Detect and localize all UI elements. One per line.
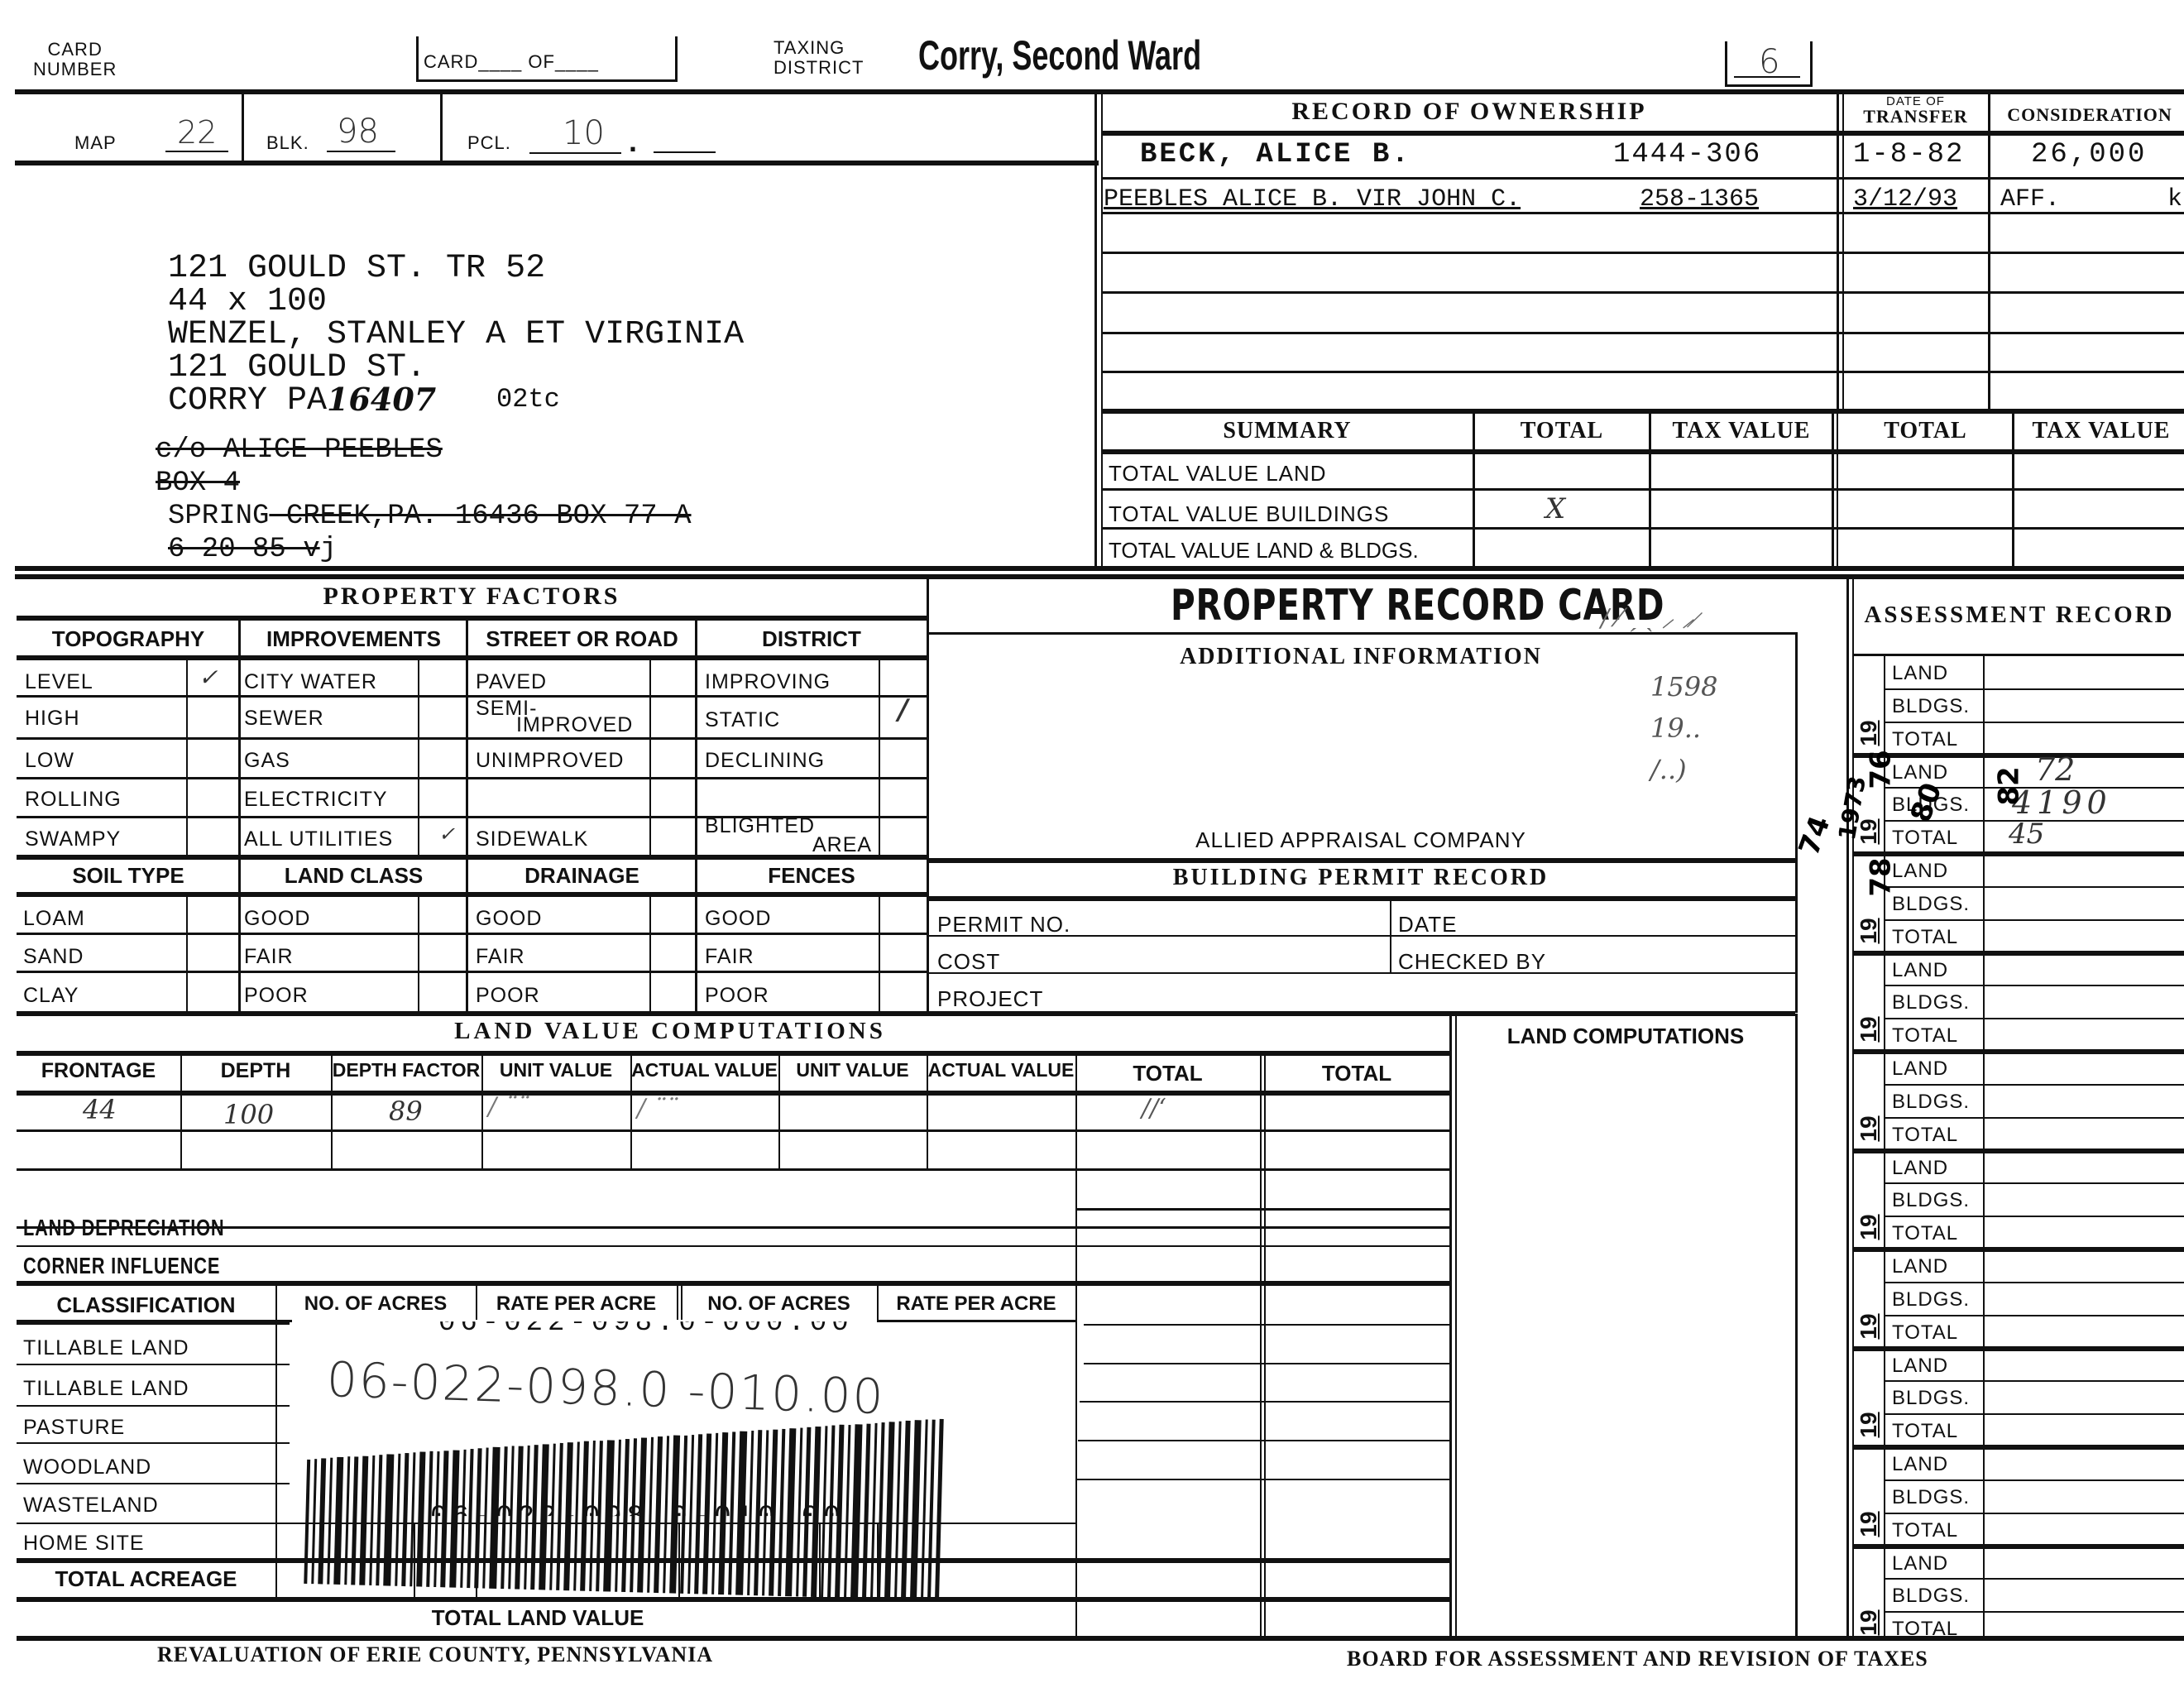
class-row-1 bbox=[17, 1364, 292, 1365]
corner-influence-label: CORNER INFLUENCE bbox=[23, 1253, 220, 1279]
total-land-value-label: TOTAL LAND VALUE bbox=[331, 1605, 745, 1631]
assessment-hand-bldgs: 4190 bbox=[2012, 784, 2112, 821]
land-class-good: GOOD bbox=[244, 907, 310, 931]
record-card-title-line bbox=[927, 632, 1795, 635]
barcode-bar bbox=[395, 1454, 400, 1586]
box-number: 6 bbox=[1725, 41, 1813, 87]
pcl-suffix-line bbox=[654, 151, 716, 153]
pf-col-2 bbox=[466, 617, 468, 1013]
barcode-bar bbox=[901, 1421, 911, 1599]
assessment-row-line bbox=[1884, 1611, 2184, 1613]
class-header-acres-1: NO. OF ACRES bbox=[275, 1292, 476, 1316]
barcode-bar bbox=[416, 1451, 425, 1586]
barcode-bars bbox=[304, 1403, 947, 1600]
land-computations-title: LAND COMPUTATIONS bbox=[1456, 1024, 1795, 1049]
owner-row-4-line bbox=[1102, 291, 2184, 294]
assessment-row-line bbox=[1884, 1282, 2184, 1283]
impr-electricity: ELECTRICITY bbox=[244, 788, 388, 812]
class-row-2 bbox=[17, 1405, 292, 1407]
permit-title-line bbox=[927, 896, 1795, 901]
card-of-box: CARD____ OF____ bbox=[416, 36, 678, 82]
lvc-top-line bbox=[17, 1011, 1795, 1016]
assessment-row-label: BLDGS. bbox=[1892, 1585, 1970, 1608]
assessment-row-line bbox=[1884, 722, 2184, 723]
footer-left: REVALUATION OF ERIE COUNTY, PENNSYLVANIA bbox=[157, 1642, 713, 1667]
assessment-row-line bbox=[1884, 1315, 2184, 1316]
assessment-title-line bbox=[1853, 654, 2184, 656]
property-factors-title: PROPERTY FACTORS bbox=[17, 583, 927, 611]
owner-row-1-line bbox=[1102, 177, 2184, 180]
pf-section-line bbox=[17, 855, 927, 860]
barcode-bar bbox=[580, 1441, 589, 1591]
impr-all-utilities-check: ✓ bbox=[438, 822, 455, 846]
barcode-bar bbox=[850, 1424, 862, 1598]
stamp-78: 78 bbox=[1865, 857, 1898, 896]
owner-row-6-line bbox=[1102, 371, 2184, 373]
barcode-bar bbox=[449, 1451, 459, 1588]
owner-row-2-extra: k bbox=[2167, 185, 2182, 213]
barcode-bar bbox=[870, 1423, 878, 1599]
assessment-row-line bbox=[1884, 886, 2184, 888]
pf-row-3 bbox=[17, 777, 927, 779]
assessment-row-label: BLDGS. bbox=[1892, 695, 1970, 718]
assessment-year-prefix: 19 bbox=[1856, 1015, 1882, 1043]
impr-sewer: SEWER bbox=[244, 707, 324, 731]
map-value: 22 bbox=[165, 114, 228, 152]
barcode-bar bbox=[482, 1448, 488, 1589]
pf-header2-line bbox=[17, 892, 927, 897]
barcode-bar bbox=[460, 1450, 466, 1588]
barcode-bar bbox=[549, 1444, 556, 1590]
pcl-value: 10 bbox=[529, 114, 621, 154]
allied-appraisal: ALLIED APPRAISAL COMPANY bbox=[927, 827, 1795, 853]
owner-row-1-consideration: 26,000 bbox=[2031, 139, 2147, 170]
summary-header-tax-1: TAX VALUE bbox=[1651, 418, 1832, 444]
summary-header-summary: SUMMARY bbox=[1102, 418, 1473, 444]
owner-row-1-date: 1-8-82 bbox=[1853, 139, 1964, 170]
class-woodland: WOODLAND bbox=[23, 1455, 151, 1479]
barcode-bar bbox=[318, 1458, 326, 1584]
assessment-row-label: LAND bbox=[1892, 1355, 1948, 1378]
assessment-row-line bbox=[1884, 1479, 2184, 1481]
assessment-row-label: LAND bbox=[1892, 959, 1948, 982]
assessment-block-line bbox=[1853, 1049, 2184, 1054]
lvc-col-7 bbox=[1075, 1053, 1077, 1640]
assessment-row-line bbox=[1884, 1117, 2184, 1119]
barcode-bar bbox=[515, 1446, 524, 1590]
lvc-row-1 bbox=[17, 1129, 1452, 1132]
assessment-row-line bbox=[1884, 1018, 2184, 1019]
class-tillable-1: TILLABLE LAND bbox=[23, 1336, 189, 1360]
pf-header-drainage: DRAINAGE bbox=[467, 863, 697, 889]
permit-checked-label: CHECKED BY bbox=[1398, 949, 1546, 975]
lvc-row-4 bbox=[17, 1226, 1452, 1229]
pf-row-1 bbox=[17, 695, 927, 698]
class-row-7 bbox=[17, 1597, 1452, 1602]
assessment-row-label: TOTAL bbox=[1892, 1124, 1958, 1147]
district-static: STATIC bbox=[705, 708, 780, 732]
assessment-row-label: LAND bbox=[1892, 1157, 1948, 1180]
lvc-depth-value: 100 bbox=[223, 1099, 274, 1130]
street-unimproved: UNIMPROVED bbox=[476, 749, 624, 773]
assessment-row-label: TOTAL bbox=[1892, 728, 1958, 751]
total-acreage-label: TOTAL ACREAGE bbox=[17, 1566, 275, 1592]
lvc-right-row-3 bbox=[1080, 1401, 1452, 1403]
barcode-bar bbox=[910, 1420, 922, 1599]
assessment-row-line bbox=[1884, 1380, 2184, 1382]
barcode-bar bbox=[530, 1445, 539, 1590]
parcel-divider-1 bbox=[242, 91, 244, 162]
class-wasteland: WASTELAND bbox=[23, 1494, 159, 1518]
consideration-label: CONSIDERATION bbox=[1990, 104, 2184, 126]
record-card-title: PROPERTY RECORD CARD bbox=[1171, 581, 1664, 631]
owner-row-2-deed: 258-1365 bbox=[1640, 185, 1759, 213]
stamp-82: 82 bbox=[1993, 766, 2026, 805]
assessment-row-label: BLDGS. bbox=[1892, 1387, 1970, 1410]
owner-row-1-name: BECK, ALICE B. bbox=[1140, 139, 1411, 170]
barcode-bar bbox=[426, 1451, 433, 1587]
soil-check-2 bbox=[418, 894, 419, 1012]
permit-row-2 bbox=[927, 972, 1795, 974]
barcode-bar bbox=[921, 1419, 928, 1599]
parcel-divider-bottom bbox=[15, 161, 1099, 165]
address-line-2: 44 x 100 bbox=[168, 283, 327, 320]
assessment-row-label: LAND bbox=[1892, 1552, 1948, 1575]
pf-header-land-class: LAND CLASS bbox=[240, 863, 467, 889]
barcode-bar bbox=[311, 1459, 317, 1584]
lvc-row-5 bbox=[17, 1245, 1452, 1247]
barcode-bar bbox=[862, 1424, 871, 1599]
land-class-fair: FAIR bbox=[244, 945, 294, 969]
assessment-row-line bbox=[1884, 919, 2184, 921]
ownership-left-border-1 bbox=[1094, 91, 1097, 569]
assessment-year-prefix: 19 bbox=[1856, 719, 1882, 747]
assessment-block-line bbox=[1853, 753, 2184, 758]
class-header-rate-2: RATE PER ACRE bbox=[877, 1292, 1075, 1316]
pf-header-line bbox=[17, 655, 927, 660]
middle-divider-2 bbox=[15, 574, 2184, 579]
record-card-signature: ∕ ⁄ ˏ ˎ ⸝ ⸝ ̷ bbox=[1601, 600, 1702, 634]
street-paved: PAVED bbox=[476, 670, 547, 694]
barcode-bar bbox=[596, 1441, 603, 1591]
impr-gas: GAS bbox=[244, 749, 290, 773]
barcode-bar bbox=[508, 1446, 515, 1589]
lvc-total-value: //‘ bbox=[1142, 1094, 1166, 1123]
class-header-rate-1: RATE PER ACRE bbox=[476, 1292, 677, 1316]
fences-fair: FAIR bbox=[705, 945, 754, 969]
class-col-1 bbox=[275, 1283, 277, 1597]
district-static-check: / bbox=[898, 693, 908, 727]
additional-info-handwriting: 159819../..) bbox=[1650, 666, 1717, 790]
soil-check-4 bbox=[879, 894, 880, 1012]
drainage-fair: FAIR bbox=[476, 945, 525, 969]
assessment-row-label: BLDGS. bbox=[1892, 1091, 1970, 1114]
barcode-bar bbox=[489, 1447, 500, 1589]
assessment-row-label: BLDGS. bbox=[1892, 1486, 1970, 1509]
address-code: 02tc bbox=[496, 384, 560, 415]
assessment-left-border-2 bbox=[1852, 577, 1854, 1640]
soil-sand: SAND bbox=[23, 945, 84, 969]
lvc-header-unit-value-2: UNIT VALUE bbox=[778, 1059, 927, 1081]
footer-right: BOARD FOR ASSESSMENT AND REVISION OF TAX… bbox=[1347, 1647, 1928, 1671]
spring-creek-prefix: SPRING bbox=[168, 501, 269, 532]
transfer-label: TRANSFER bbox=[1843, 106, 1988, 127]
topo-level-check: ✓ bbox=[199, 664, 218, 691]
pf-header-fences: FENCES bbox=[697, 863, 927, 889]
lvc-header-actual-value-2: ACTUAL VALUE bbox=[927, 1059, 1075, 1081]
class-header-classification: CLASSIFICATION bbox=[17, 1292, 275, 1318]
date-line: 6-20-85 vj bbox=[168, 534, 337, 565]
barcode-bar bbox=[409, 1452, 415, 1586]
barcode-bar bbox=[563, 1442, 573, 1590]
card-of-label: CARD____ OF____ bbox=[424, 51, 599, 73]
soil-check-1 bbox=[186, 894, 188, 1012]
class-pasture: PASTURE bbox=[23, 1416, 125, 1440]
lvc-class-top bbox=[17, 1281, 1452, 1286]
taxing-district-label: TAXING DISTRICT bbox=[773, 38, 864, 78]
barcode-bar bbox=[524, 1446, 530, 1590]
summary-header-total-1: TOTAL bbox=[1475, 418, 1649, 444]
pf-title-line bbox=[17, 616, 927, 621]
soil-clay: CLAY bbox=[23, 984, 79, 1008]
lvc-unit-value: / ¨¨ bbox=[488, 1092, 529, 1121]
bottom-line bbox=[17, 1636, 2184, 1641]
barcode-bar bbox=[573, 1441, 580, 1590]
struck-line-box: BOX 4 bbox=[156, 468, 240, 499]
barcode-bar bbox=[333, 1457, 343, 1585]
summary-row-2-line bbox=[1102, 527, 2184, 530]
assessment-row-label: LAND bbox=[1892, 1453, 1948, 1476]
assessment-row-label: BLDGS. bbox=[1892, 893, 1970, 916]
assessment-row-label: LAND bbox=[1892, 1255, 1948, 1278]
assessment-year-prefix: 19 bbox=[1856, 1213, 1882, 1241]
land-depreciation-label: LAND DEPRECIATION bbox=[23, 1215, 224, 1241]
lvc-title-line bbox=[17, 1051, 1452, 1056]
barcode-bar bbox=[474, 1448, 481, 1588]
barcode-bar bbox=[927, 1420, 936, 1600]
assessment-block-line bbox=[1853, 1346, 2184, 1351]
pf-right-border bbox=[927, 577, 929, 1014]
barcode-bar bbox=[877, 1422, 885, 1599]
pf-header-street: STREET OR ROAD bbox=[467, 626, 697, 652]
lvc-header-depth-factor: DEPTH FACTOR bbox=[331, 1059, 481, 1081]
assessment-year-prefix: 19 bbox=[1856, 1609, 1882, 1637]
lvc-header-total-1: TOTAL bbox=[1075, 1061, 1260, 1086]
class-header-line bbox=[17, 1320, 292, 1325]
barcode-bar bbox=[884, 1422, 895, 1599]
blk-label: BLK. bbox=[266, 132, 309, 154]
pf-header-soil: SOIL TYPE bbox=[17, 863, 240, 889]
assessment-row-line bbox=[1884, 1182, 2184, 1184]
lvc-title: LAND VALUE COMPUTATIONS bbox=[0, 1018, 1390, 1045]
class-row-4 bbox=[17, 1483, 292, 1484]
address-line-5: CORRY PA. bbox=[168, 382, 347, 420]
assessment-row-label: BLDGS. bbox=[1892, 1189, 1970, 1212]
lvc-actual-value: / ¨¨ bbox=[637, 1094, 678, 1123]
spring-creek-line: SPRING CREEK,PA. 16436 BOX 77 A bbox=[168, 501, 692, 532]
owner-row-2-line bbox=[1102, 212, 2184, 214]
map-label: MAP bbox=[74, 132, 117, 154]
drainage-poor: POOR bbox=[476, 984, 540, 1008]
assessment-row-line bbox=[1884, 1084, 2184, 1086]
assessment-row-label: TOTAL bbox=[1892, 926, 1958, 949]
lvc-header-frontage: FRONTAGE bbox=[17, 1059, 180, 1083]
class-home-site: HOME SITE bbox=[23, 1532, 145, 1556]
impr-all-utilities: ALL UTILITIES bbox=[244, 827, 393, 851]
lvc-right-border-2 bbox=[1455, 1014, 1457, 1640]
pcl-suffix: . bbox=[629, 124, 638, 159]
permit-no-label: PERMIT NO. bbox=[937, 912, 1070, 938]
class-tillable-2: TILLABLE LAND bbox=[23, 1377, 189, 1401]
assessment-title: ASSESSMENT RECORD bbox=[1855, 602, 2184, 629]
lvc-depth-factor-value: 89 bbox=[389, 1096, 423, 1127]
summary-header-line bbox=[1102, 449, 2184, 454]
assessment-block-line bbox=[1853, 1149, 2184, 1153]
assessment-hand-land: 72 bbox=[2035, 751, 2075, 788]
assessment-row-line bbox=[1884, 1413, 2184, 1415]
pf-col-1 bbox=[238, 617, 241, 1013]
topo-level: LEVEL bbox=[25, 670, 93, 694]
permit-row-1 bbox=[927, 935, 1795, 937]
land-class-poor: POOR bbox=[244, 984, 309, 1008]
owner-row-5-line bbox=[1102, 332, 2184, 334]
owner-row-2-date: 3/12/93 bbox=[1853, 185, 1957, 213]
additional-info-bottom bbox=[927, 858, 1795, 863]
barcode-bar bbox=[935, 1419, 944, 1600]
landcomp-right-border bbox=[1795, 1014, 1798, 1640]
barcode-bar bbox=[383, 1454, 394, 1585]
barcode-bar bbox=[369, 1455, 375, 1585]
assessment-row-label: TOTAL bbox=[1892, 1222, 1958, 1245]
card-label-line2: NUMBER bbox=[33, 60, 117, 79]
class-row-3 bbox=[17, 1442, 292, 1444]
lvc-right-row-1 bbox=[1084, 1324, 1452, 1326]
permit-title: BUILDING PERMIT RECORD bbox=[927, 865, 1795, 891]
owner-row-2-consideration: AFF. bbox=[2000, 185, 2060, 213]
assessment-left-border-1 bbox=[1846, 577, 1849, 1640]
assessment-row-line bbox=[1884, 1216, 2184, 1217]
barcode-bar bbox=[500, 1446, 508, 1589]
topo-low: LOW bbox=[25, 749, 74, 773]
assessment-block-line bbox=[1853, 951, 2184, 956]
zip-handwritten: 16407 bbox=[327, 381, 436, 418]
owner-row-1-deed: 1444-306 bbox=[1613, 139, 1761, 170]
class-header-acres-2: NO. OF ACRES bbox=[681, 1292, 877, 1316]
lvc-right-row-4 bbox=[1078, 1440, 1452, 1441]
lvc-header-line bbox=[17, 1091, 1452, 1096]
barcode-bar bbox=[539, 1444, 549, 1590]
class-col-3a bbox=[677, 1283, 678, 1320]
barcode-bar bbox=[401, 1453, 409, 1586]
lvc-frontage-value: 44 bbox=[83, 1094, 117, 1125]
district-improving: IMPROVING bbox=[705, 670, 831, 694]
district-blighted: BLIGHTED bbox=[705, 814, 815, 838]
barcode-bar bbox=[344, 1456, 350, 1585]
lvc-header-unit-value-1: UNIT VALUE bbox=[481, 1059, 630, 1081]
blk-value: 98 bbox=[327, 113, 395, 152]
date-struck: 6-20-85 v bbox=[168, 534, 320, 565]
lvc-header-total-2: TOTAL bbox=[1264, 1061, 1449, 1086]
lvc-right-border-1 bbox=[1449, 1014, 1452, 1640]
fences-poor: POOR bbox=[705, 984, 769, 1008]
assessment-year-prefix: 19 bbox=[1856, 1411, 1882, 1439]
pf-header-district: DISTRICT bbox=[697, 626, 927, 652]
soil-check-3 bbox=[649, 894, 651, 1012]
taxing-label-line1: TAXING bbox=[773, 38, 864, 58]
lvc-header-actual-value-1: ACTUAL VALUE bbox=[630, 1059, 778, 1081]
stamp-76: 76 bbox=[1865, 750, 1898, 789]
street-sidewalk: SIDEWALK bbox=[476, 827, 588, 851]
permit-cost-label: COST bbox=[937, 949, 1000, 975]
district-area: AREA bbox=[812, 833, 872, 857]
middle-divider-1 bbox=[15, 566, 2184, 571]
owner-row-2-name: PEEBLES ALICE B. VIR JOHN C. bbox=[1104, 185, 1521, 213]
lvc-right-row-5 bbox=[1075, 1479, 1452, 1480]
summary-row-1-line bbox=[1102, 488, 2184, 491]
barcode-bar bbox=[327, 1458, 333, 1585]
date-suffix: j bbox=[320, 534, 337, 565]
topo-rolling: ROLLING bbox=[25, 788, 122, 812]
summary-row-land: TOTAL VALUE LAND bbox=[1109, 461, 1327, 487]
assessment-row-label: LAND bbox=[1892, 662, 1948, 685]
barcode-bar bbox=[467, 1449, 473, 1588]
address-line-1: 121 GOULD ST. TR 52 bbox=[168, 250, 545, 287]
barcode-bar bbox=[359, 1456, 368, 1585]
pf-check-3 bbox=[649, 657, 651, 856]
assessment-year-prefix: 19 bbox=[1856, 1115, 1882, 1143]
pf-check-1 bbox=[186, 657, 188, 856]
assessment-row-line bbox=[1884, 1513, 2184, 1514]
card-label-line1: CARD bbox=[33, 40, 117, 60]
summary-header-total-2: TOTAL bbox=[1839, 418, 2012, 444]
ownership-left-border-2 bbox=[1101, 91, 1103, 569]
summary-row-buildings: TOTAL VALUE BUILDINGS bbox=[1109, 501, 1389, 527]
assessment-block-line bbox=[1853, 1544, 2184, 1549]
taxing-label-line2: DISTRICT bbox=[773, 58, 864, 78]
parcel-divider-2 bbox=[440, 91, 443, 162]
ownership-header-line bbox=[1102, 131, 2184, 136]
card-number-label: CARD NUMBER bbox=[33, 40, 117, 79]
pf-col-3 bbox=[695, 617, 697, 1013]
pf-row-2 bbox=[17, 737, 927, 740]
assessment-block-line bbox=[1853, 1247, 2184, 1252]
topo-high: HIGH bbox=[25, 707, 80, 731]
taxing-district-value: Corry, Second Ward bbox=[918, 31, 1201, 79]
assessment-year-prefix: 19 bbox=[1856, 1312, 1882, 1340]
stamp-80: 80 bbox=[1904, 779, 1949, 827]
stamp-74: 74 bbox=[1793, 812, 1837, 860]
owner-row-3-line bbox=[1102, 252, 2184, 254]
assessment-row-line bbox=[1884, 985, 2184, 986]
assessment-year-prefix: 19 bbox=[1856, 917, 1882, 945]
assessment-row-label: TOTAL bbox=[1892, 1321, 1958, 1345]
barcode-bar bbox=[556, 1443, 563, 1590]
box-underline bbox=[1734, 76, 1800, 78]
assessment-block-line bbox=[1853, 1445, 2184, 1450]
assessment-row-line bbox=[1884, 688, 2184, 690]
assessment-row-label: TOTAL bbox=[1892, 1519, 1958, 1542]
pf-header-topography: TOPOGRAPHY bbox=[17, 626, 240, 652]
assessment-row-label: TOTAL bbox=[1892, 1024, 1958, 1048]
assessment-row-label: BLDGS. bbox=[1892, 1288, 1970, 1312]
lvc-right-row-2 bbox=[1084, 1363, 1452, 1364]
pf-check-4 bbox=[879, 657, 880, 856]
lvc-row-3 bbox=[1075, 1208, 1452, 1211]
soil-loam: LOAM bbox=[23, 907, 85, 931]
barcode-bar bbox=[351, 1456, 358, 1585]
assessment-row-label: BLDGS. bbox=[1892, 991, 1970, 1014]
summary-header-tax-2: TAX VALUE bbox=[2014, 418, 2184, 444]
